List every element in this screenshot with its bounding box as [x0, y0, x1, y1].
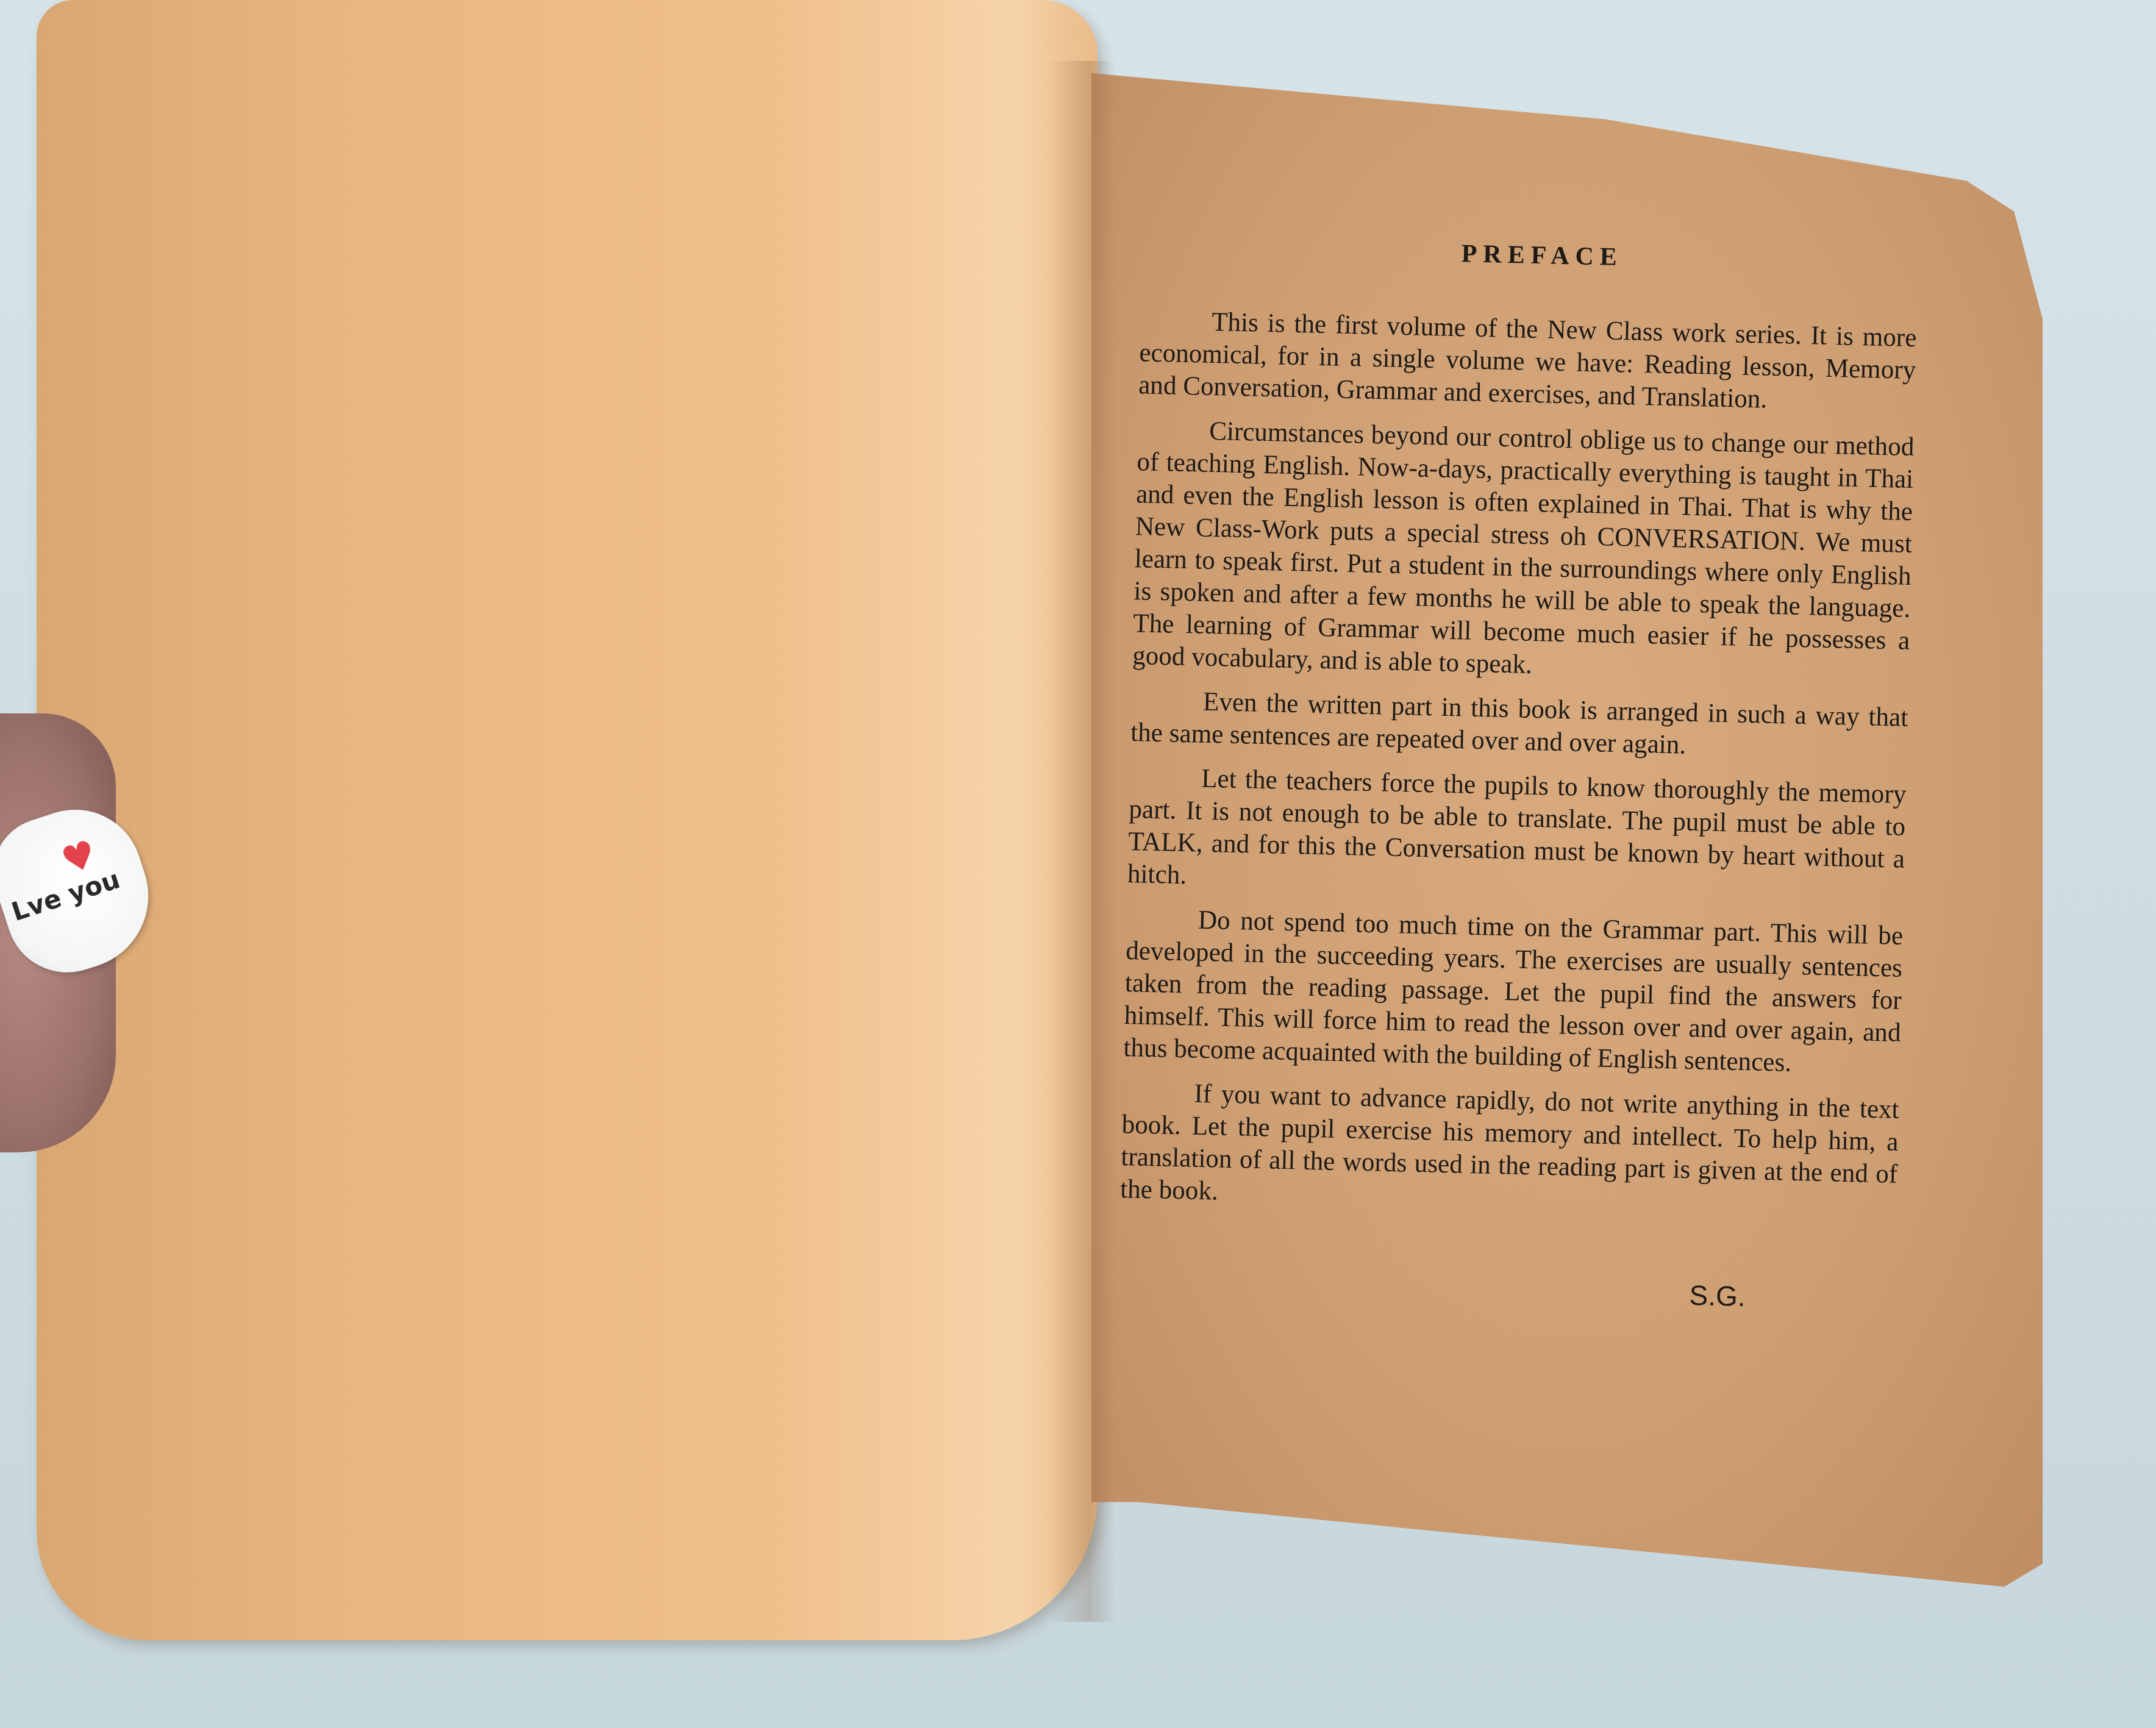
preface-paragraph-3: Even the written part in this book is ar…	[1130, 684, 1908, 766]
left-page-blank	[37, 0, 1098, 1640]
preface-paragraph-2: Circumstances beyond our control oblige …	[1132, 413, 1915, 689]
preface-signature: S.G.	[1689, 1279, 1903, 1316]
preface-paragraph-4: Let the teachers force the pupils to kno…	[1127, 760, 1907, 907]
book-spine	[1049, 61, 1116, 1622]
preface-paragraph-1: This is the first volume of the New Clas…	[1138, 304, 1917, 418]
preface-content: PREFACE This is the first volume of the …	[1110, 232, 1926, 1316]
preface-paragraph-6: If you want to advance rapidly, do not w…	[1120, 1076, 1899, 1223]
preface-paragraph-5: Do not spend too much time on the Gramma…	[1123, 902, 1904, 1081]
nail-text: Lve you	[8, 864, 124, 927]
